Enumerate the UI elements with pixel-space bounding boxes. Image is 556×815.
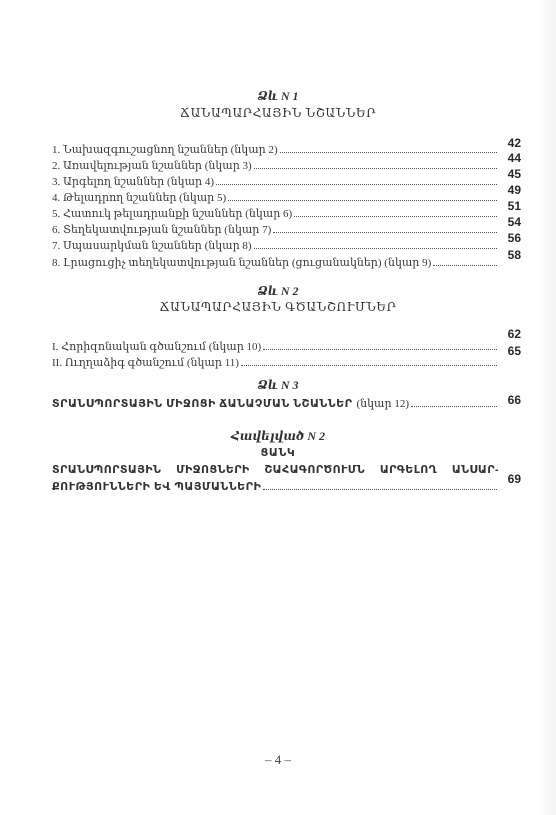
dot-leader: [433, 264, 497, 266]
page-number-footer: – 4 –: [0, 752, 556, 768]
toc-entry-text: 1. Նախազգուշացնող նշաններ (նկար 2): [52, 143, 278, 156]
toc-row[interactable]: 2. Առավելության նշաններ (նկար 3): [52, 157, 499, 172]
dot-leader: [280, 151, 497, 153]
toc-entry-text: 2. Առավելության նշաններ (նկար 3): [52, 159, 252, 172]
toc-entry-text: II. Ուղղաձիգ գծանշում (նկար 11): [52, 356, 239, 369]
toc-row[interactable]: 6. Տեղեկատվության նշաններ (նկար 7): [52, 221, 499, 236]
toc-entry-text: I. Հորիզոնական գծանշում (նկար 10): [52, 340, 261, 353]
dot-leader: [263, 488, 497, 490]
toc-page-number: 62: [497, 327, 521, 341]
toc-row[interactable]: ՔՈՒԹՅՈՒՆՆԵՐԻ ԵՎ ՊԱՅՄԱՆՆԵՐԻ: [52, 478, 499, 493]
toc-page-number: 58: [497, 248, 521, 262]
dot-leader: [263, 348, 497, 350]
toc-row[interactable]: 7. Սպասարկման նշաններ (նկար 8): [52, 237, 499, 252]
toc-page-number: 69: [497, 472, 521, 486]
dot-leader: [411, 405, 497, 407]
toc-page-number: 56: [497, 231, 521, 245]
toc-row[interactable]: 4. Թելադրող նշաններ (նկար 5): [52, 189, 499, 204]
form-2-label: Ձև N 2: [0, 284, 556, 299]
toc-page-number: 45: [497, 167, 521, 181]
toc-entry-text: 4. Թելադրող նշաններ (նկար 5): [52, 191, 226, 204]
toc-page-number: 65: [497, 344, 521, 358]
form-2-title: ՃԱՆԱՊԱՐՀԱՅԻՆ ԳԾԱՆՇՈՒՄՆԵՐ: [0, 300, 556, 315]
toc-row[interactable]: 5. Հատուկ թելադրանքի նշաններ (նկար 6): [52, 205, 499, 220]
toc-entry-text: 8. Լրացուցիչ տեղեկատվության նշաններ (ցու…: [52, 256, 431, 269]
form-1-label: Ձև N 1: [0, 89, 556, 104]
toc-entry-text: ՔՈՒԹՅՈՒՆՆԵՐԻ ԵՎ ՊԱՅՄԱՆՆԵՐԻ: [52, 480, 261, 493]
appendix-title-line-1: ՏՐԱՆՍՊՈՐՏԱՅԻՆ ՄԻՋՈՑՆԵՐԻ ՇԱՀԱԳՈՐԾՈՒՄՆ ԱՐԳ…: [52, 463, 499, 476]
toc-row[interactable]: 1. Նախազգուշացնող նշաններ (նկար 2): [52, 141, 499, 156]
dot-leader: [241, 364, 497, 366]
toc-entry-figure-ref: (նկար 12): [356, 397, 409, 410]
form-3-label: Ձև N 3: [0, 378, 556, 393]
dot-leader: [254, 167, 497, 169]
toc-page-number: 42: [497, 136, 521, 150]
appendix-label: Հավելված N 2: [0, 429, 556, 444]
toc-page-number: 49: [497, 183, 521, 197]
dot-leader: [294, 215, 497, 217]
toc-entry-text: 7. Սպասարկման նշաններ (նկար 8): [52, 239, 252, 252]
toc-row[interactable]: 8. Լրացուցիչ տեղեկատվության նշաններ (ցու…: [52, 254, 499, 269]
toc-page-number: 54: [497, 215, 521, 229]
dot-leader: [228, 199, 497, 201]
toc-entry-text: ՏՐԱՆՍՊՈՐՏԱՅԻՆ ՄԻՋՈՑԻ ՃԱՆԱՉՄԱՆ ՆՇԱՆՆԵՐ: [52, 397, 352, 410]
document-page: Ձև N 1 ՃԱՆԱՊԱՐՀԱՅԻՆ ՆՇԱՆՆԵՐ 1. Նախազգուշ…: [0, 0, 556, 815]
toc-page-number: 51: [497, 199, 521, 213]
form-1-title: ՃԱՆԱՊԱՐՀԱՅԻՆ ՆՇԱՆՆԵՐ: [0, 106, 556, 121]
dot-leader: [273, 231, 497, 233]
toc-entry-text: 6. Տեղեկատվության նշաններ (նկար 7): [52, 223, 271, 236]
toc-entry-text: 3. Արգելող նշաններ (նկար 4): [52, 175, 214, 188]
appendix-heading: ՑԱՆԿ: [0, 446, 556, 459]
dot-leader: [216, 183, 497, 185]
toc-row[interactable]: II. Ուղղաձիգ գծանշում (նկար 11): [52, 354, 499, 369]
toc-page-number: 44: [497, 151, 521, 165]
toc-entry-text: 5. Հատուկ թելադրանքի նշաններ (նկար 6): [52, 207, 292, 220]
toc-page-number: 66: [497, 393, 521, 407]
dot-leader: [254, 247, 497, 249]
toc-row[interactable]: 3. Արգելող նշաններ (նկար 4): [52, 173, 499, 188]
toc-row[interactable]: ՏՐԱՆՍՊՈՐՏԱՅԻՆ ՄԻՋՈՑԻ ՃԱՆԱՉՄԱՆ ՆՇԱՆՆԵՐ (ն…: [52, 395, 499, 410]
toc-row[interactable]: I. Հորիզոնական գծանշում (նկար 10): [52, 338, 499, 353]
